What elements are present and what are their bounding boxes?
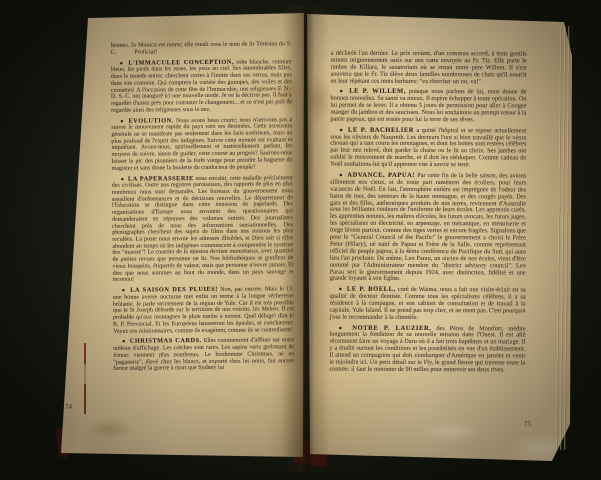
page-number-right: 75 <box>524 420 531 428</box>
section-paragraph: ● LE P. WILLEM, puisque nous parlons de … <box>330 89 526 124</box>
paragraph-text: des Pères de Montfort, médite longuement… <box>329 325 525 374</box>
section-bullet-icon: ● <box>121 176 127 182</box>
paragraph-text: nous envahit, cette maladie précisément … <box>112 175 294 283</box>
right-page-text: a déclarée l'an dernier. Le prix revient… <box>329 51 526 379</box>
section-paragraph: ● LE P. BACHELIER a quitté l'hôpital et … <box>330 127 526 169</box>
left-page-text: liennes. Sr Monica est morte; elle renaî… <box>111 41 295 377</box>
section-header: CHRISTMAS CARDS. <box>130 337 202 345</box>
section-header: LA PAPERASSERIE <box>128 175 194 183</box>
paragraph-text: a déclarée l'an dernier. Le prix revient… <box>331 50 527 85</box>
section-paragraph: ● ADVANCE, PAPUA! Par cette fin de la be… <box>330 172 526 283</box>
section-paragraph: ● LA SAISON DES PLUIES! Non, pas encore.… <box>113 286 294 335</box>
paragraph-text: robe blanche, ceinture bleue, les pieds … <box>111 59 292 114</box>
section-bullet-icon: ● <box>122 288 128 294</box>
page-number-left: 74 <box>65 403 72 411</box>
section-paragraph: ● LE P. BOELL, curé de Waima, nous a fai… <box>330 287 526 322</box>
continuation-paragraph: a déclarée l'an dernier. Le prix revient… <box>331 51 527 86</box>
paragraph-text: Nous avons beau courir; nous n'arrivons … <box>111 117 292 172</box>
section-bullet-icon: ● <box>120 118 126 124</box>
red-margin-mark <box>84 343 86 414</box>
paragraph-text: Par cette fin de la belle saison, des av… <box>330 172 527 283</box>
paragraph-text: a quitté l'hôpital et se repose actuelle… <box>330 127 526 169</box>
section-header: LA SAISON DES PLUIES! <box>130 286 218 294</box>
paragraph-text: Non, pas encore. Mais le 13, une bonne a… <box>113 286 294 334</box>
paragraph-text: liennes. Sr Monica est morte; elle renaî… <box>111 41 292 55</box>
section-paragraph: ● EVOLUTION. Nous avons beau courir; nou… <box>111 117 292 172</box>
section-paragraph: ● LA PAPERASSERIE nous envahit, cette ma… <box>112 175 294 284</box>
scanned-book-photo: liennes. Sr Monica est morte; elle renaî… <box>0 0 601 480</box>
section-bullet-icon: ● <box>122 339 128 345</box>
section-paragraph: ● CHRISTMAS CARDS. Elles commencent d'af… <box>113 338 294 373</box>
section-paragraph: ● L'IMMACULEE CONCEPTION, robe blanche, … <box>111 59 292 114</box>
section-bullet-icon: ● <box>120 60 126 66</box>
section-header: EVOLUTION. <box>129 117 174 124</box>
section-paragraph: ● NOTRE P. LAUZIER, des Pères de Montfor… <box>329 325 525 374</box>
continuation-paragraph: liennes. Sr Monica est morte; elle renaî… <box>111 41 292 56</box>
